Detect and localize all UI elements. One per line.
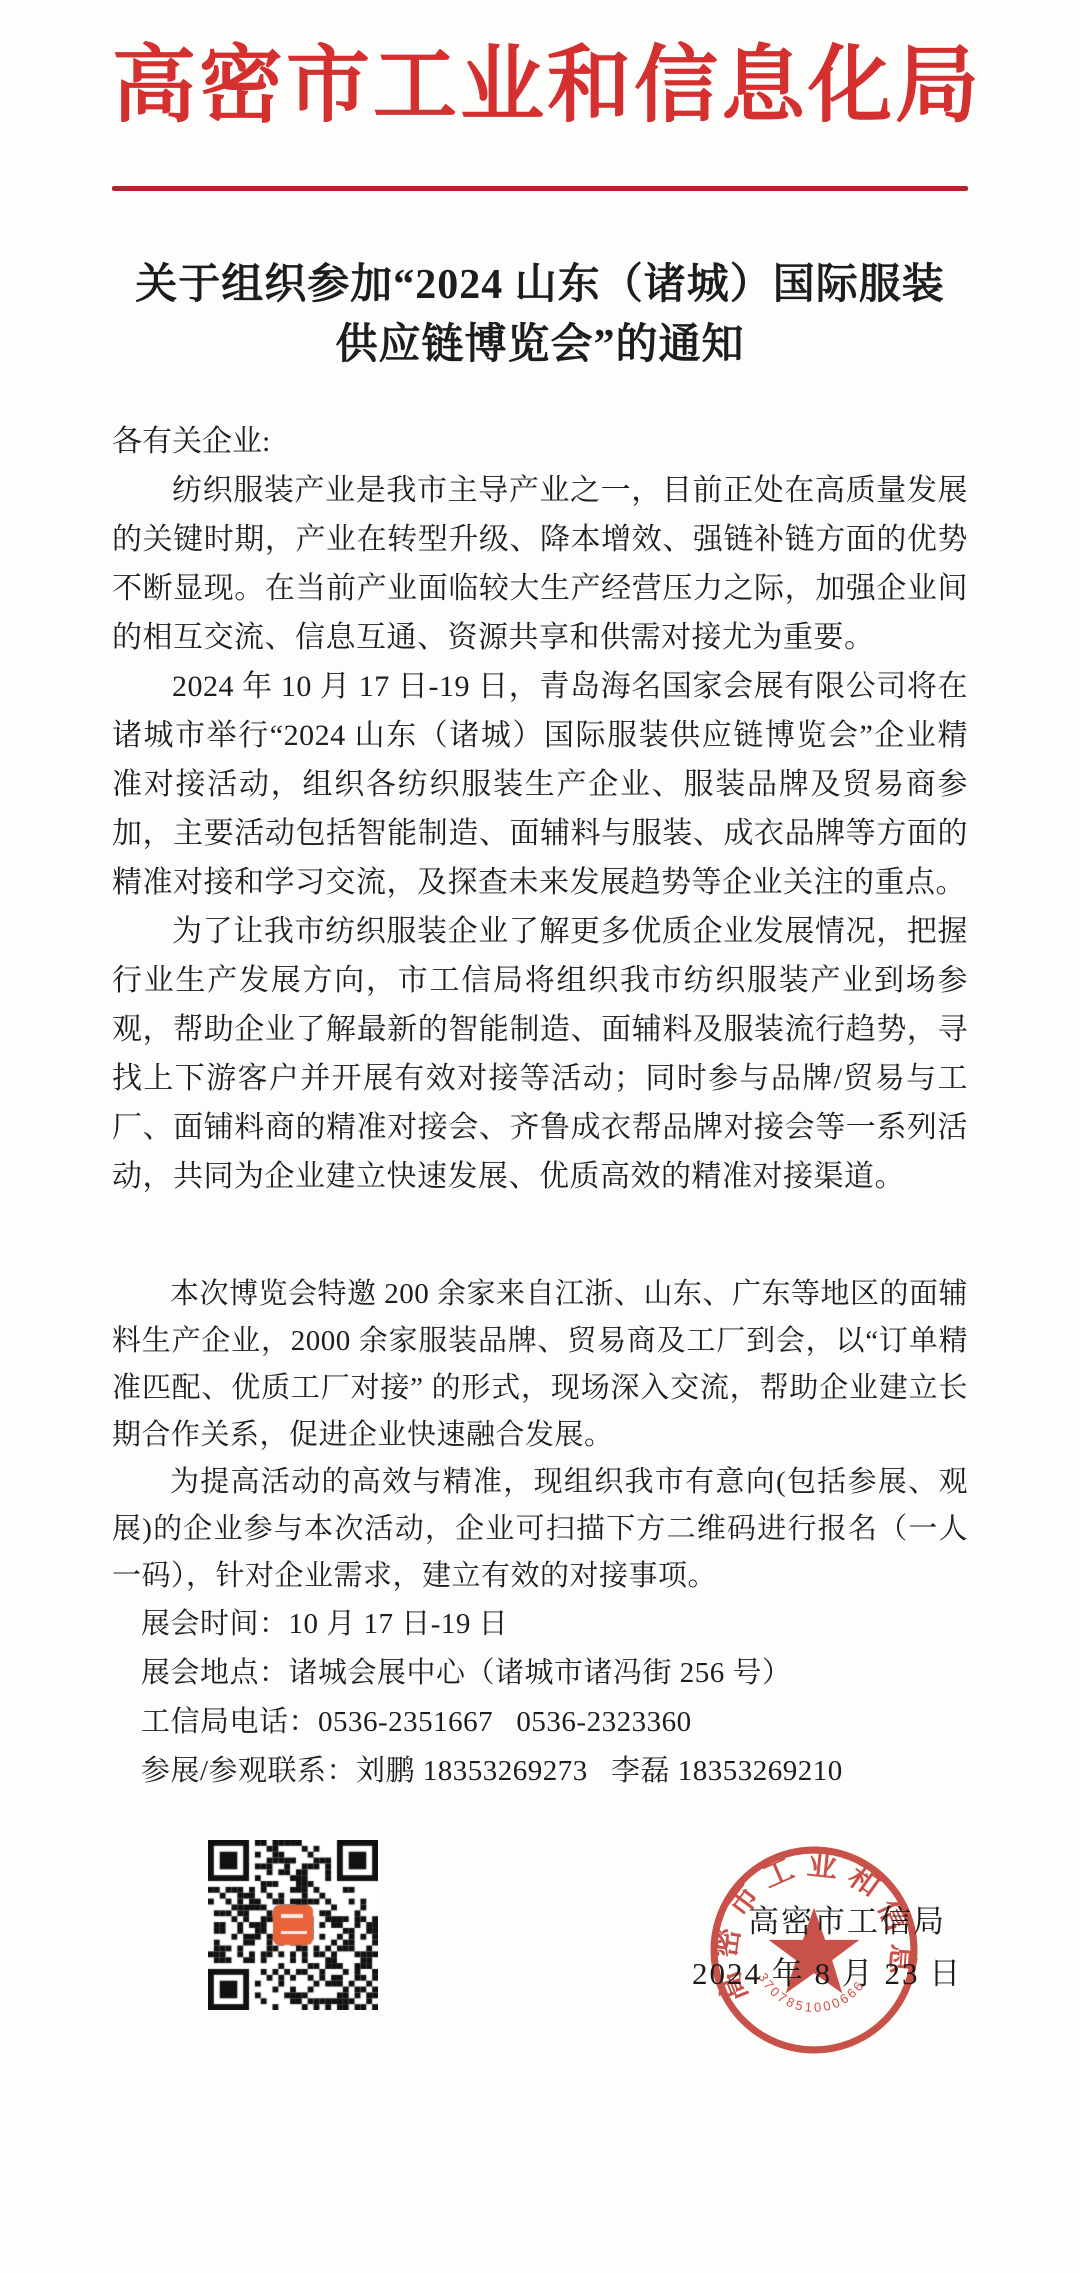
letterhead-divider [112, 186, 968, 191]
signature-org: 高密市工信局 [748, 1896, 946, 1941]
paragraph-expo-scale: 本次博览会特邀 200 余家来自江浙、山东、广东等地区的面辅料生产企业，2000… [112, 1271, 968, 1459]
signature-date: 2024 年 8 月 23 日 [692, 1948, 962, 1993]
section-gap [112, 1201, 968, 1271]
signature-block: 高密市工业和信息化局 3707851000666 高密市工信局 2024 年 8… [112, 1830, 968, 2156]
paragraph-registration: 为提高活动的高效与精准，现组织我市有意向(包括参展、观展)的企业参与本次活动，企… [112, 1459, 968, 1600]
info-line-contacts: 参展/参观联系：刘鹏 18353269273 李磊 18353269210 [112, 1747, 968, 1796]
paragraph-expo-introduction: 2024 年 10 月 17 日-19 日，青岛海名国家会展有限公司将在诸城市举… [112, 662, 968, 907]
paragraph-industry-overview: 纺织服装产业是我市主导产业之一，目前正处在高质量发展的关键时期，产业在转型升级、… [112, 466, 968, 662]
salutation: 各有关企业: [112, 417, 968, 466]
letterhead-org-name: 高密市工业和信息化局 [112, 26, 968, 148]
notice-title: 关于组织参加“2024 山东（诸城）国际服装 供应链博览会”的通知 [112, 255, 968, 375]
info-line-expo-time: 展会时间：10 月 17 日-19 日 [112, 1600, 968, 1649]
notice-document: 高密市工业和信息化局 关于组织参加“2024 山东（诸城）国际服装 供应链博览会… [0, 0, 1080, 2273]
info-line-bureau-phone: 工信局电话：0536-2351667 0536-2323360 [112, 1698, 968, 1747]
paragraph-organization-plan: 为了让我市纺织服装企业了解更多优质企业发展情况，把握行业生产发展方向，市工信局将… [112, 907, 968, 1201]
notice-title-line-2: 供应链博览会”的通知 [112, 315, 968, 375]
registration-qr-code [208, 1840, 378, 2010]
info-line-expo-venue: 展会地点：诸城会展中心（诸城市诸冯街 256 号） [112, 1649, 968, 1698]
notice-title-line-1: 关于组织参加“2024 山东（诸城）国际服装 [112, 255, 968, 315]
